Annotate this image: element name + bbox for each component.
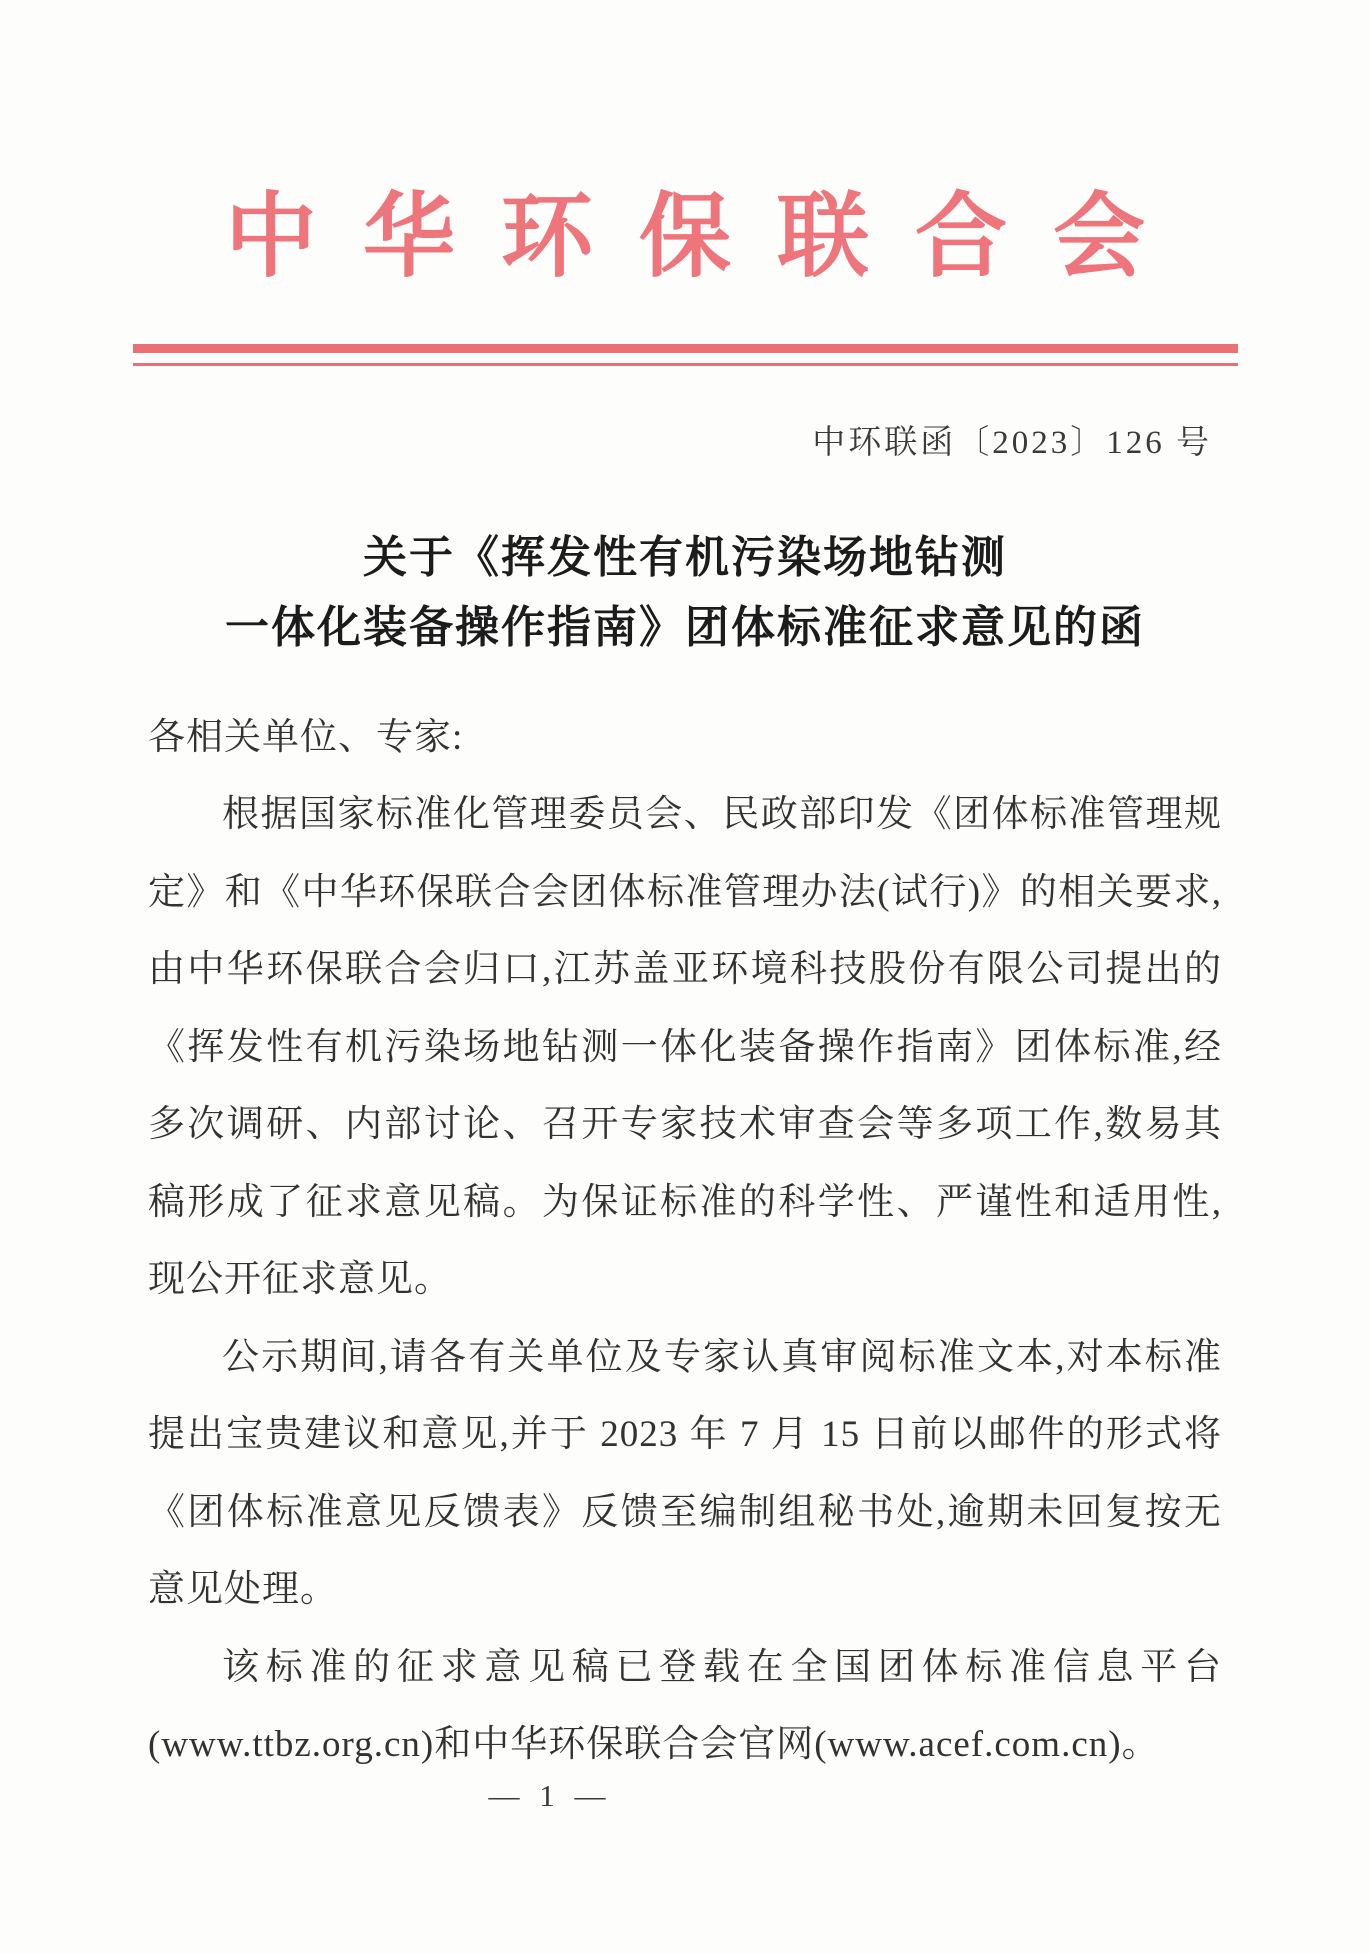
page-number: — 1 — bbox=[0, 1778, 1100, 1814]
document-number: 中环联函〔2023〕126 号 bbox=[0, 416, 1370, 463]
document-body: 各相关单位、专家: 根据国家标准化管理委员会、民政部印发《团体标准管理规定》和《… bbox=[148, 699, 1222, 1784]
document-title: 关于《挥发性有机污染场地钻测 一体化装备操作指南》团体标准征求意见的函 bbox=[0, 523, 1370, 663]
letterhead-org-title: 中华环保联合会 bbox=[0, 0, 1370, 292]
salutation: 各相关单位、专家: bbox=[148, 699, 1222, 777]
document-title-line2: 一体化装备操作指南》团体标准征求意见的函 bbox=[0, 593, 1370, 663]
letterhead-rule-group bbox=[133, 344, 1238, 366]
paragraph-publication-websites: 该标准的征求意见稿已登载在全国团体标准信息平台(www.ttbz.org.cn)… bbox=[148, 1629, 1222, 1784]
letterhead-rule-thick bbox=[133, 344, 1238, 353]
paragraph-standard-background: 根据国家标准化管理委员会、民政部印发《团体标准管理规定》和《中华环保联合会团体标… bbox=[148, 776, 1222, 1319]
document-page: 中华环保联合会 中环联函〔2023〕126 号 关于《挥发性有机污染场地钻测 一… bbox=[0, 0, 1370, 1954]
letterhead-rule-thin bbox=[133, 363, 1238, 366]
paragraph-feedback-deadline: 公示期间,请各有关单位及专家认真审阅标准文本,对本标准提出宝贵建议和意见,并于 … bbox=[148, 1319, 1222, 1629]
document-title-line1: 关于《挥发性有机污染场地钻测 bbox=[0, 523, 1370, 593]
